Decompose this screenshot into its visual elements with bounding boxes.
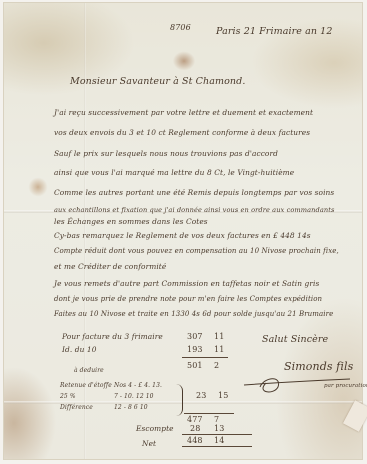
sum-rule <box>184 413 234 414</box>
after-deduction-sous: 7 <box>214 415 219 424</box>
fold-line <box>4 401 362 404</box>
body-line: Comme les autres portant une été Remis d… <box>54 188 334 197</box>
subtotal-livres: 501 <box>187 361 203 370</box>
paper-tab <box>343 400 367 431</box>
closing: Salut Sincère <box>262 334 328 345</box>
sum-rule <box>182 446 252 447</box>
body-line: J'ai reçu successivement par votre lettr… <box>54 108 313 117</box>
escompte-livres: 28 <box>190 424 200 433</box>
account-sous: 11 <box>214 345 224 354</box>
salutation: Monsieur Savanteur à St Chamond. <box>70 76 245 87</box>
sum-rule <box>182 434 252 435</box>
signature-note: par procuration <box>324 383 367 389</box>
body-line: les Échanges en sommes dans les Cotes <box>54 217 208 226</box>
body-line: aux echantillons et fixation que j'ai do… <box>54 206 334 214</box>
body-line: vos deux envois du 3 et 10 ct Reglement … <box>54 128 310 137</box>
letter-paper: 8706 Paris 21 Frimaire an 12 Monsieur Sa… <box>4 3 362 459</box>
account-label: Id. du 10 <box>62 345 97 354</box>
deduction-header: à deduire <box>74 367 104 374</box>
deductions-total-sous: 15 <box>218 391 228 400</box>
signature: Simonds fils <box>284 360 353 373</box>
deduction-label: 25 % <box>60 393 76 400</box>
account-livres: 307 <box>187 332 203 341</box>
deduction-detail: 12 - 8 6 10 <box>114 404 148 411</box>
net-label: Net <box>142 439 156 448</box>
deductions-total-livres: 23 <box>196 391 206 400</box>
place-date: Paris 21 Frimaire an 12 <box>216 26 332 37</box>
account-sous: 11 <box>214 332 224 341</box>
body-line: Faites au 10 Nivose et traite en 1330 4s… <box>54 310 333 318</box>
body-line: et me Créditer de conformité <box>54 262 166 271</box>
escompte-sous: 13 <box>214 424 224 433</box>
account-livres: 193 <box>187 345 203 354</box>
archive-number: 8706 <box>170 23 191 32</box>
net-sous: 14 <box>214 436 224 445</box>
account-label: Pour facture du 3 frimaire <box>62 332 163 341</box>
net-livres: 448 <box>187 436 203 445</box>
brace <box>176 384 183 416</box>
body-line: Cy-bas remarquez le Reglement de vos deu… <box>54 231 311 240</box>
subtotal-sous: 2 <box>214 361 219 370</box>
after-deduction-livres: 477 <box>187 415 203 424</box>
deduction-detail: 7 - 10. 12 10 <box>114 393 154 400</box>
escompte-label: Escompte <box>136 424 174 433</box>
body-line: dont je vous prie de prendre note pour m… <box>54 295 322 303</box>
body-line: Compte réduit dont vous pouvez en compen… <box>54 247 339 255</box>
deduction-detail: Nos 4 - £ 4. 13. <box>114 382 162 389</box>
deduction-label: Différence <box>60 404 93 411</box>
deduction-label: Retenue d'étoffe <box>60 382 112 389</box>
body-line: Sauf le prix sur lesquels nous nous trou… <box>54 149 278 158</box>
sum-rule <box>182 357 228 358</box>
body-line: ainsi que vous l'ai marqué ma lettre du … <box>54 168 294 177</box>
body-line: Je vous remets d'autre part Commission e… <box>54 279 319 288</box>
